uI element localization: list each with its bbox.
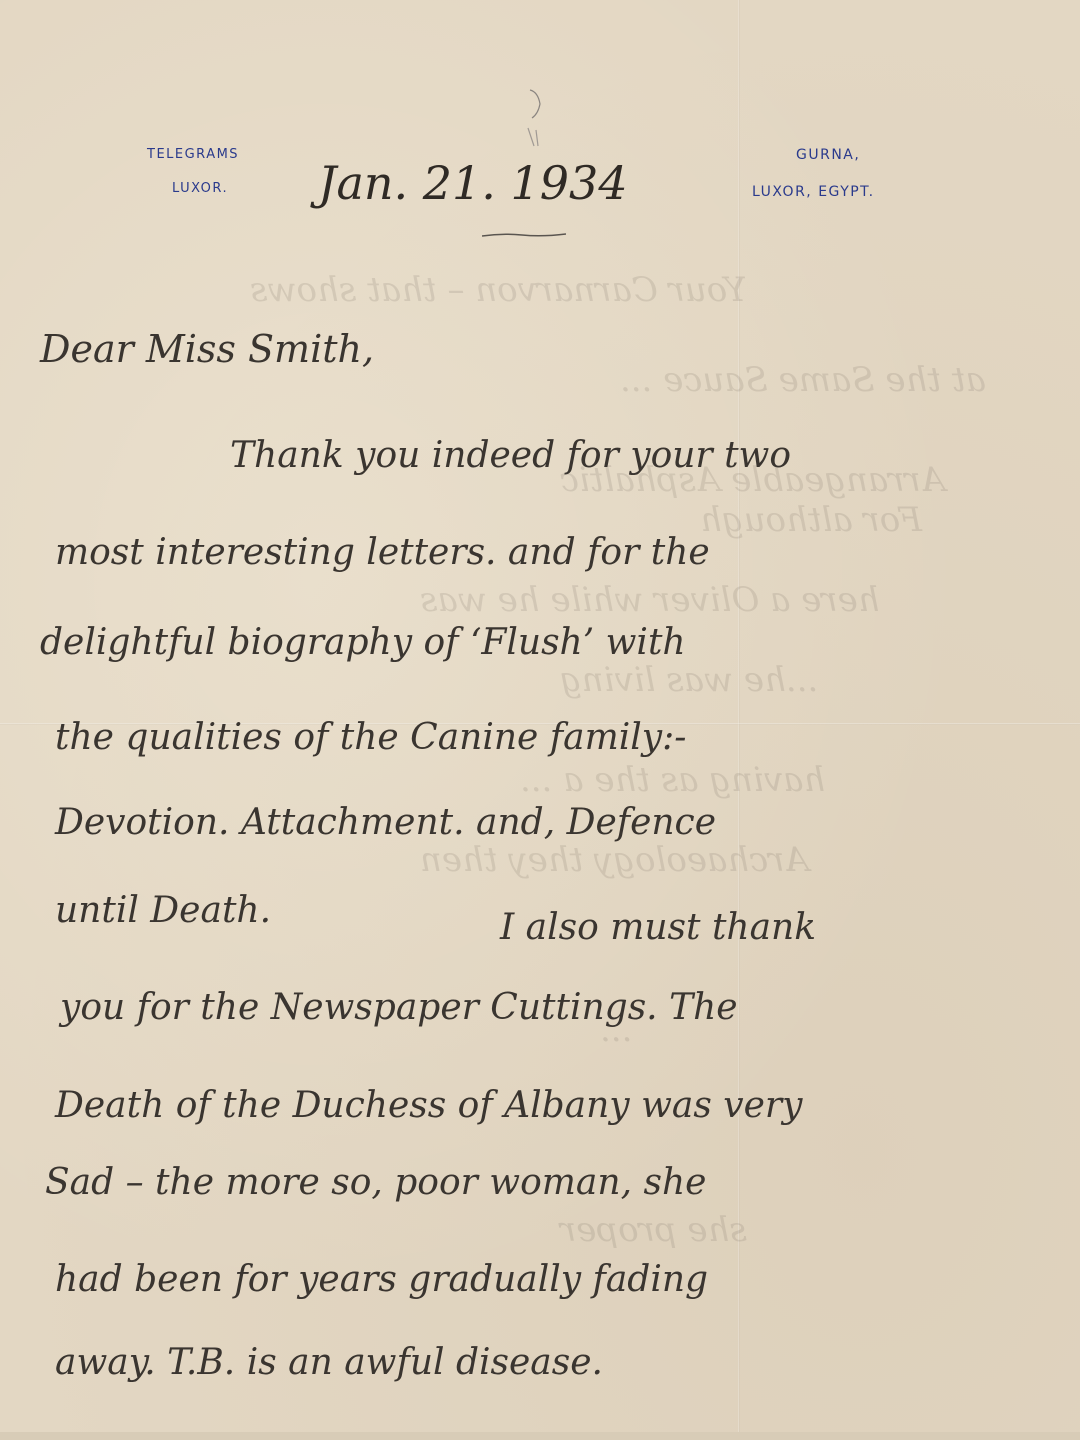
body-line: the qualities of the Canine family:- <box>55 720 686 756</box>
bleed-through-text: ...he was living <box>560 660 818 700</box>
letterhead-location-line1: GURNA, <box>796 148 860 162</box>
body-line: I also must thank <box>500 910 816 946</box>
body-line: you for the Newspaper Cuttings. The <box>60 990 738 1026</box>
bleed-through-text: she proper <box>560 1210 747 1250</box>
letter-date: Jan. 21. 1934 <box>318 160 628 206</box>
body-line: had been for years gradually fading <box>55 1262 708 1298</box>
paper-bottom-edge <box>0 1432 1080 1440</box>
body-line: until Death. <box>55 893 271 929</box>
bleed-through-text: here a Oliver while he was <box>420 580 880 620</box>
body-line: Thank you indeed for your two <box>230 438 791 474</box>
body-line: most interesting letters. and for the <box>55 535 710 571</box>
body-line: away. T.B. is an awful disease. <box>55 1345 603 1381</box>
letterhead-location-line2: LUXOR, EGYPT. <box>752 185 875 199</box>
date-underline <box>482 232 566 238</box>
pencil-annotation-mark <box>500 88 560 148</box>
body-line: Devotion. Attachment. and, Defence <box>55 805 716 841</box>
bleed-through-text: having as the a ... <box>520 760 825 800</box>
letterhead-telegrams-label: TELEGRAMS <box>147 148 239 161</box>
bleed-through-text: Archaeology they then <box>420 840 809 880</box>
bleed-through-text: Your Carnarvon – that shows <box>250 270 747 310</box>
letterhead-telegrams-address: LUXOR. <box>172 182 228 195</box>
body-line: delightful biography of ‘Flush’ with <box>40 625 686 661</box>
salutation: Dear Miss Smith, <box>40 330 374 368</box>
bleed-through-text: For although <box>700 500 922 540</box>
bleed-through-text: at the Same Sauce ... <box>620 360 986 400</box>
body-line: Sad – the more so, poor woman, she <box>45 1165 706 1201</box>
body-line: Death of the Duchess of Albany was very <box>55 1088 802 1124</box>
